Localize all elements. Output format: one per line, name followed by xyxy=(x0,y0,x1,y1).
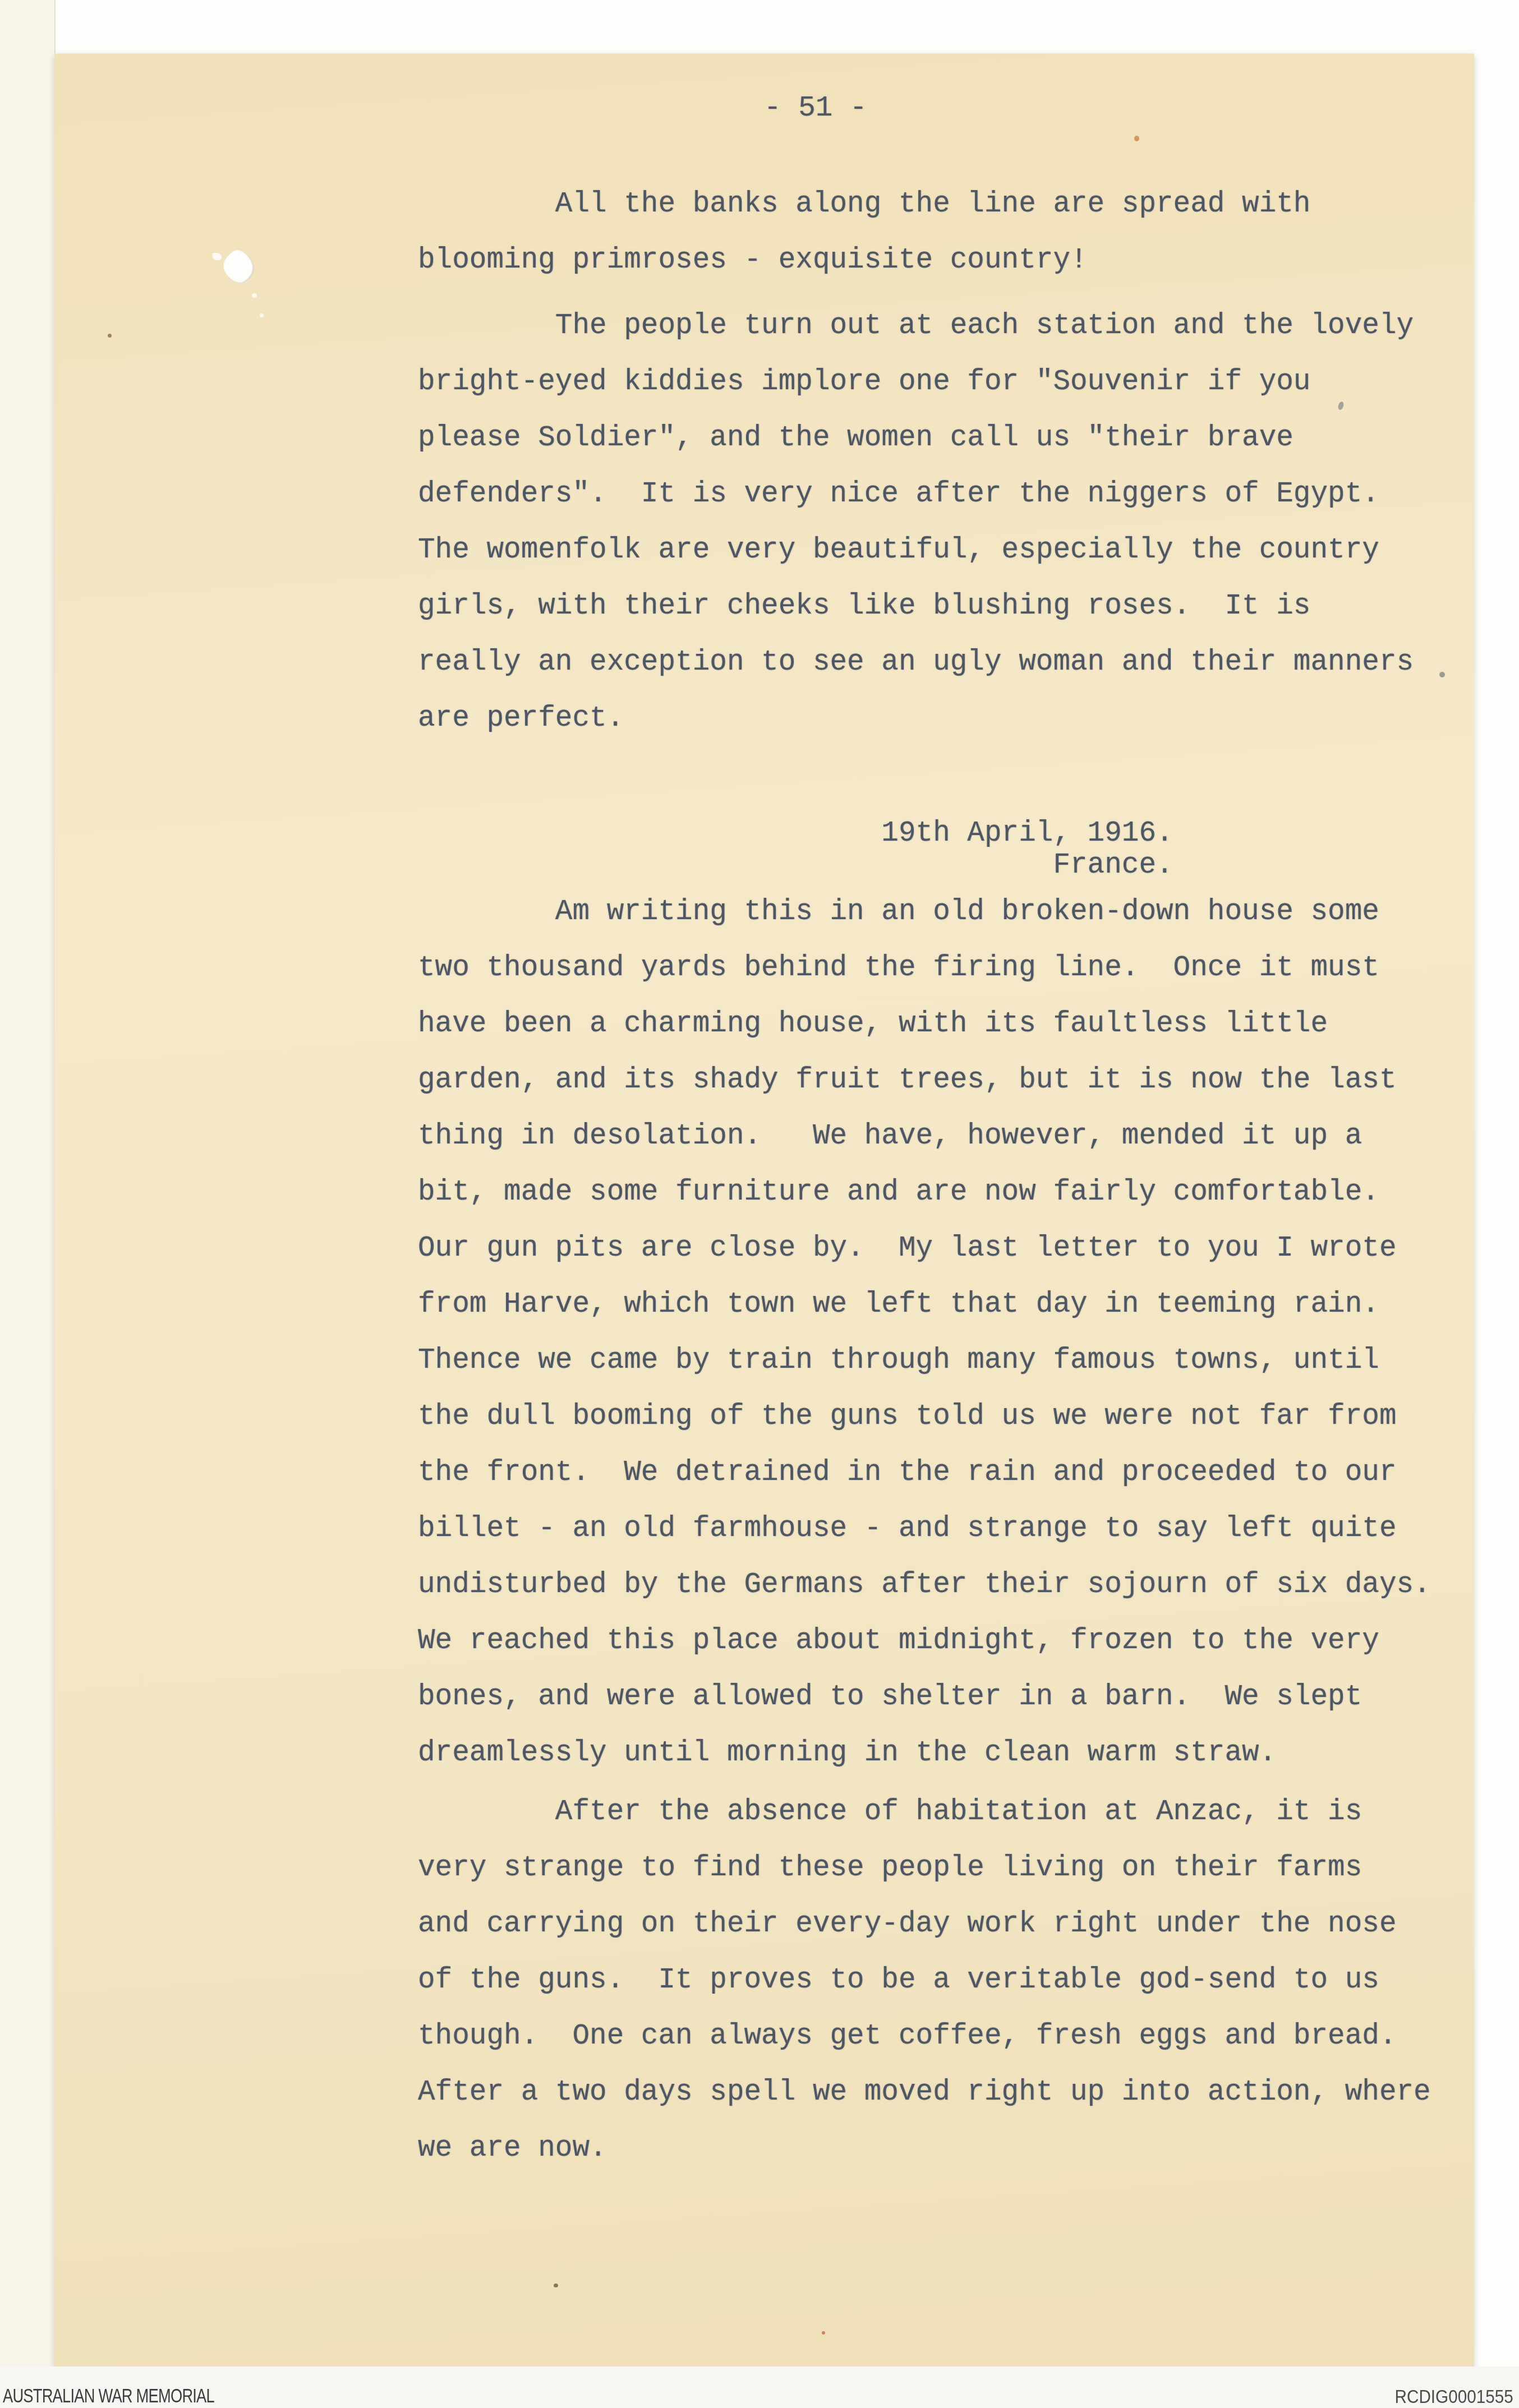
stain-speck xyxy=(1134,136,1139,141)
stray-ink-mark xyxy=(1439,672,1445,677)
paper-hole xyxy=(218,246,259,288)
paragraph-banks: All the banks along the line are spread … xyxy=(418,177,1310,289)
paper-hole-chip xyxy=(213,253,222,260)
stain-speck xyxy=(554,2284,558,2287)
stain-speck xyxy=(108,334,112,338)
paper-hole-speck xyxy=(252,293,257,298)
paragraph-after-absence: After the absence of habitation at Anzac… xyxy=(418,1784,1431,2177)
paragraph-people: The people turn out at each station and … xyxy=(418,298,1414,747)
scan-footer-strip: AUSTRALIAN WAR MEMORIAL RCDIG0001555 xyxy=(0,2367,1519,2408)
dateline-block: 19th April, 1916. France. xyxy=(418,818,1173,882)
scan-left-page-edge xyxy=(0,0,56,2367)
footer-reference-id: RCDIG0001555 xyxy=(1395,2386,1513,2407)
paragraph-am-writing: Am writing this in an old broken-down ho… xyxy=(418,884,1431,1782)
page-number: - 51 - xyxy=(764,81,867,137)
paper-hole-speck xyxy=(260,313,264,317)
footer-archive-label: AUSTRALIAN WAR MEMORIAL xyxy=(3,2385,214,2407)
stain-speck xyxy=(822,2331,825,2335)
